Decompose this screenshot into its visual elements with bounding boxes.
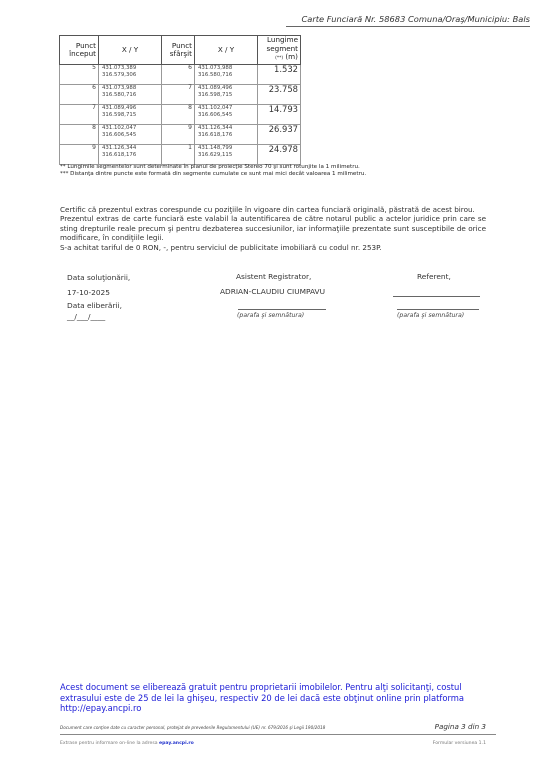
- table-notes: ** Lungimile segmentelor sunt determinat…: [60, 164, 366, 178]
- start-coords: 431.089,496316.598,715: [99, 105, 162, 125]
- start-coords: 431.073,988316.580,716: [99, 85, 162, 105]
- release-date: __/___/____: [67, 312, 105, 321]
- start-point: 9: [60, 145, 99, 165]
- assistant-signature-line: [238, 309, 326, 310]
- start-point: 5: [60, 65, 99, 85]
- footer-online-row: Extrase pentru informare on-line la adre…: [60, 741, 496, 746]
- resolution-date-label: Data soluţionării,: [67, 273, 130, 282]
- col-xy-end: X / Y: [195, 36, 258, 65]
- assistant-signature-caption: (parafa şi semnătura): [237, 312, 304, 319]
- start-point: 6: [60, 85, 99, 105]
- end-point: 6: [162, 65, 195, 85]
- segment-length: 23.758: [258, 85, 301, 105]
- end-coords: 431.089,496316.598,715: [195, 85, 258, 105]
- segment-length: 24.978: [258, 145, 301, 165]
- privacy-notice: Document care conţine date cu caracter p…: [60, 725, 325, 730]
- fee-paragraph: S-a achitat tariful de 0 RON, -, pentru …: [60, 243, 486, 252]
- release-date-label: Data eliberării,: [67, 301, 122, 310]
- table-row: 5431.073,389316.579,3066431.073,988316.5…: [60, 65, 301, 85]
- end-coords: 431.073,988316.580,716: [195, 65, 258, 85]
- page-header: Carte Funciară Nr. 58683 Comuna/Oraş/Mun…: [286, 14, 530, 27]
- start-coords: 431.073,389316.579,306: [99, 65, 162, 85]
- note-segment-length: ** Lungimile segmentelor sunt determinat…: [60, 164, 366, 171]
- assistant-registrar-name: ADRIAN-CLAUDIU CIUMPAVU: [220, 287, 325, 296]
- segment-length: 1.532: [258, 65, 301, 85]
- col-end-point: Punctsfârşit: [162, 36, 195, 65]
- referent-name-line: [393, 296, 480, 297]
- table-header-row: Punctînceput X / Y Punctsfârşit X / Y Lu…: [60, 36, 301, 65]
- resolution-date: 17-10-2025: [67, 288, 110, 297]
- segments-table: Punctînceput X / Y Punctsfârşit X / Y Lu…: [59, 35, 301, 165]
- referent-signature-line: [397, 309, 479, 310]
- start-point: 7: [60, 105, 99, 125]
- form-version: Formular versiunea 1.1: [433, 741, 486, 746]
- epay-link[interactable]: epay.ancpi.ro: [159, 741, 194, 746]
- online-prefix: Extrase pentru informare on-line la adre…: [60, 741, 158, 746]
- referent-signature-caption: (parafa şi semnătura): [397, 312, 464, 319]
- note-cumulative-distance: *** Distanţa dintre puncte este formată …: [60, 171, 366, 178]
- table-row: 8431.102,047316.606,5459431.126,344316.6…: [60, 125, 301, 145]
- col-xy-start: X / Y: [99, 36, 162, 65]
- end-point: 1: [162, 145, 195, 165]
- segment-length: 14.793: [258, 105, 301, 125]
- end-coords: 431.126,344316.618,176: [195, 125, 258, 145]
- assistant-registrar-label: Asistent Registrator,: [236, 272, 311, 281]
- start-point: 8: [60, 125, 99, 145]
- table-row: 7431.089,496316.598,7158431.102,047316.6…: [60, 105, 301, 125]
- col-length: Lungimesegment(**) (m): [258, 36, 301, 65]
- table-row: 9431.126,344316.618,1761431.148,799316.6…: [60, 145, 301, 165]
- end-coords: 431.148,799316.629,115: [195, 145, 258, 165]
- certification-text: Certific că prezentul extras corespunde …: [60, 205, 486, 252]
- col-start-point: Punctînceput: [60, 36, 99, 65]
- fee-notice: Acest document se eliberează gratuit pen…: [60, 682, 500, 714]
- end-point: 7: [162, 85, 195, 105]
- end-point: 9: [162, 125, 195, 145]
- segment-length: 26.937: [258, 125, 301, 145]
- start-coords: 431.102,047316.606,545: [99, 125, 162, 145]
- footer-privacy-row: Document care conţine date cu caracter p…: [60, 722, 496, 735]
- validity-paragraph: Prezentul extras de carte funciară este …: [60, 214, 486, 242]
- end-coords: 431.102,047316.606,545: [195, 105, 258, 125]
- referent-label: Referent,: [417, 272, 451, 281]
- end-point: 8: [162, 105, 195, 125]
- certify-paragraph: Certific că prezentul extras corespunde …: [60, 205, 486, 214]
- page-number: Pagina 3 din 3: [435, 722, 486, 731]
- table-row: 6431.073,988316.580,7167431.089,496316.5…: [60, 85, 301, 105]
- start-coords: 431.126,344316.618,176: [99, 145, 162, 165]
